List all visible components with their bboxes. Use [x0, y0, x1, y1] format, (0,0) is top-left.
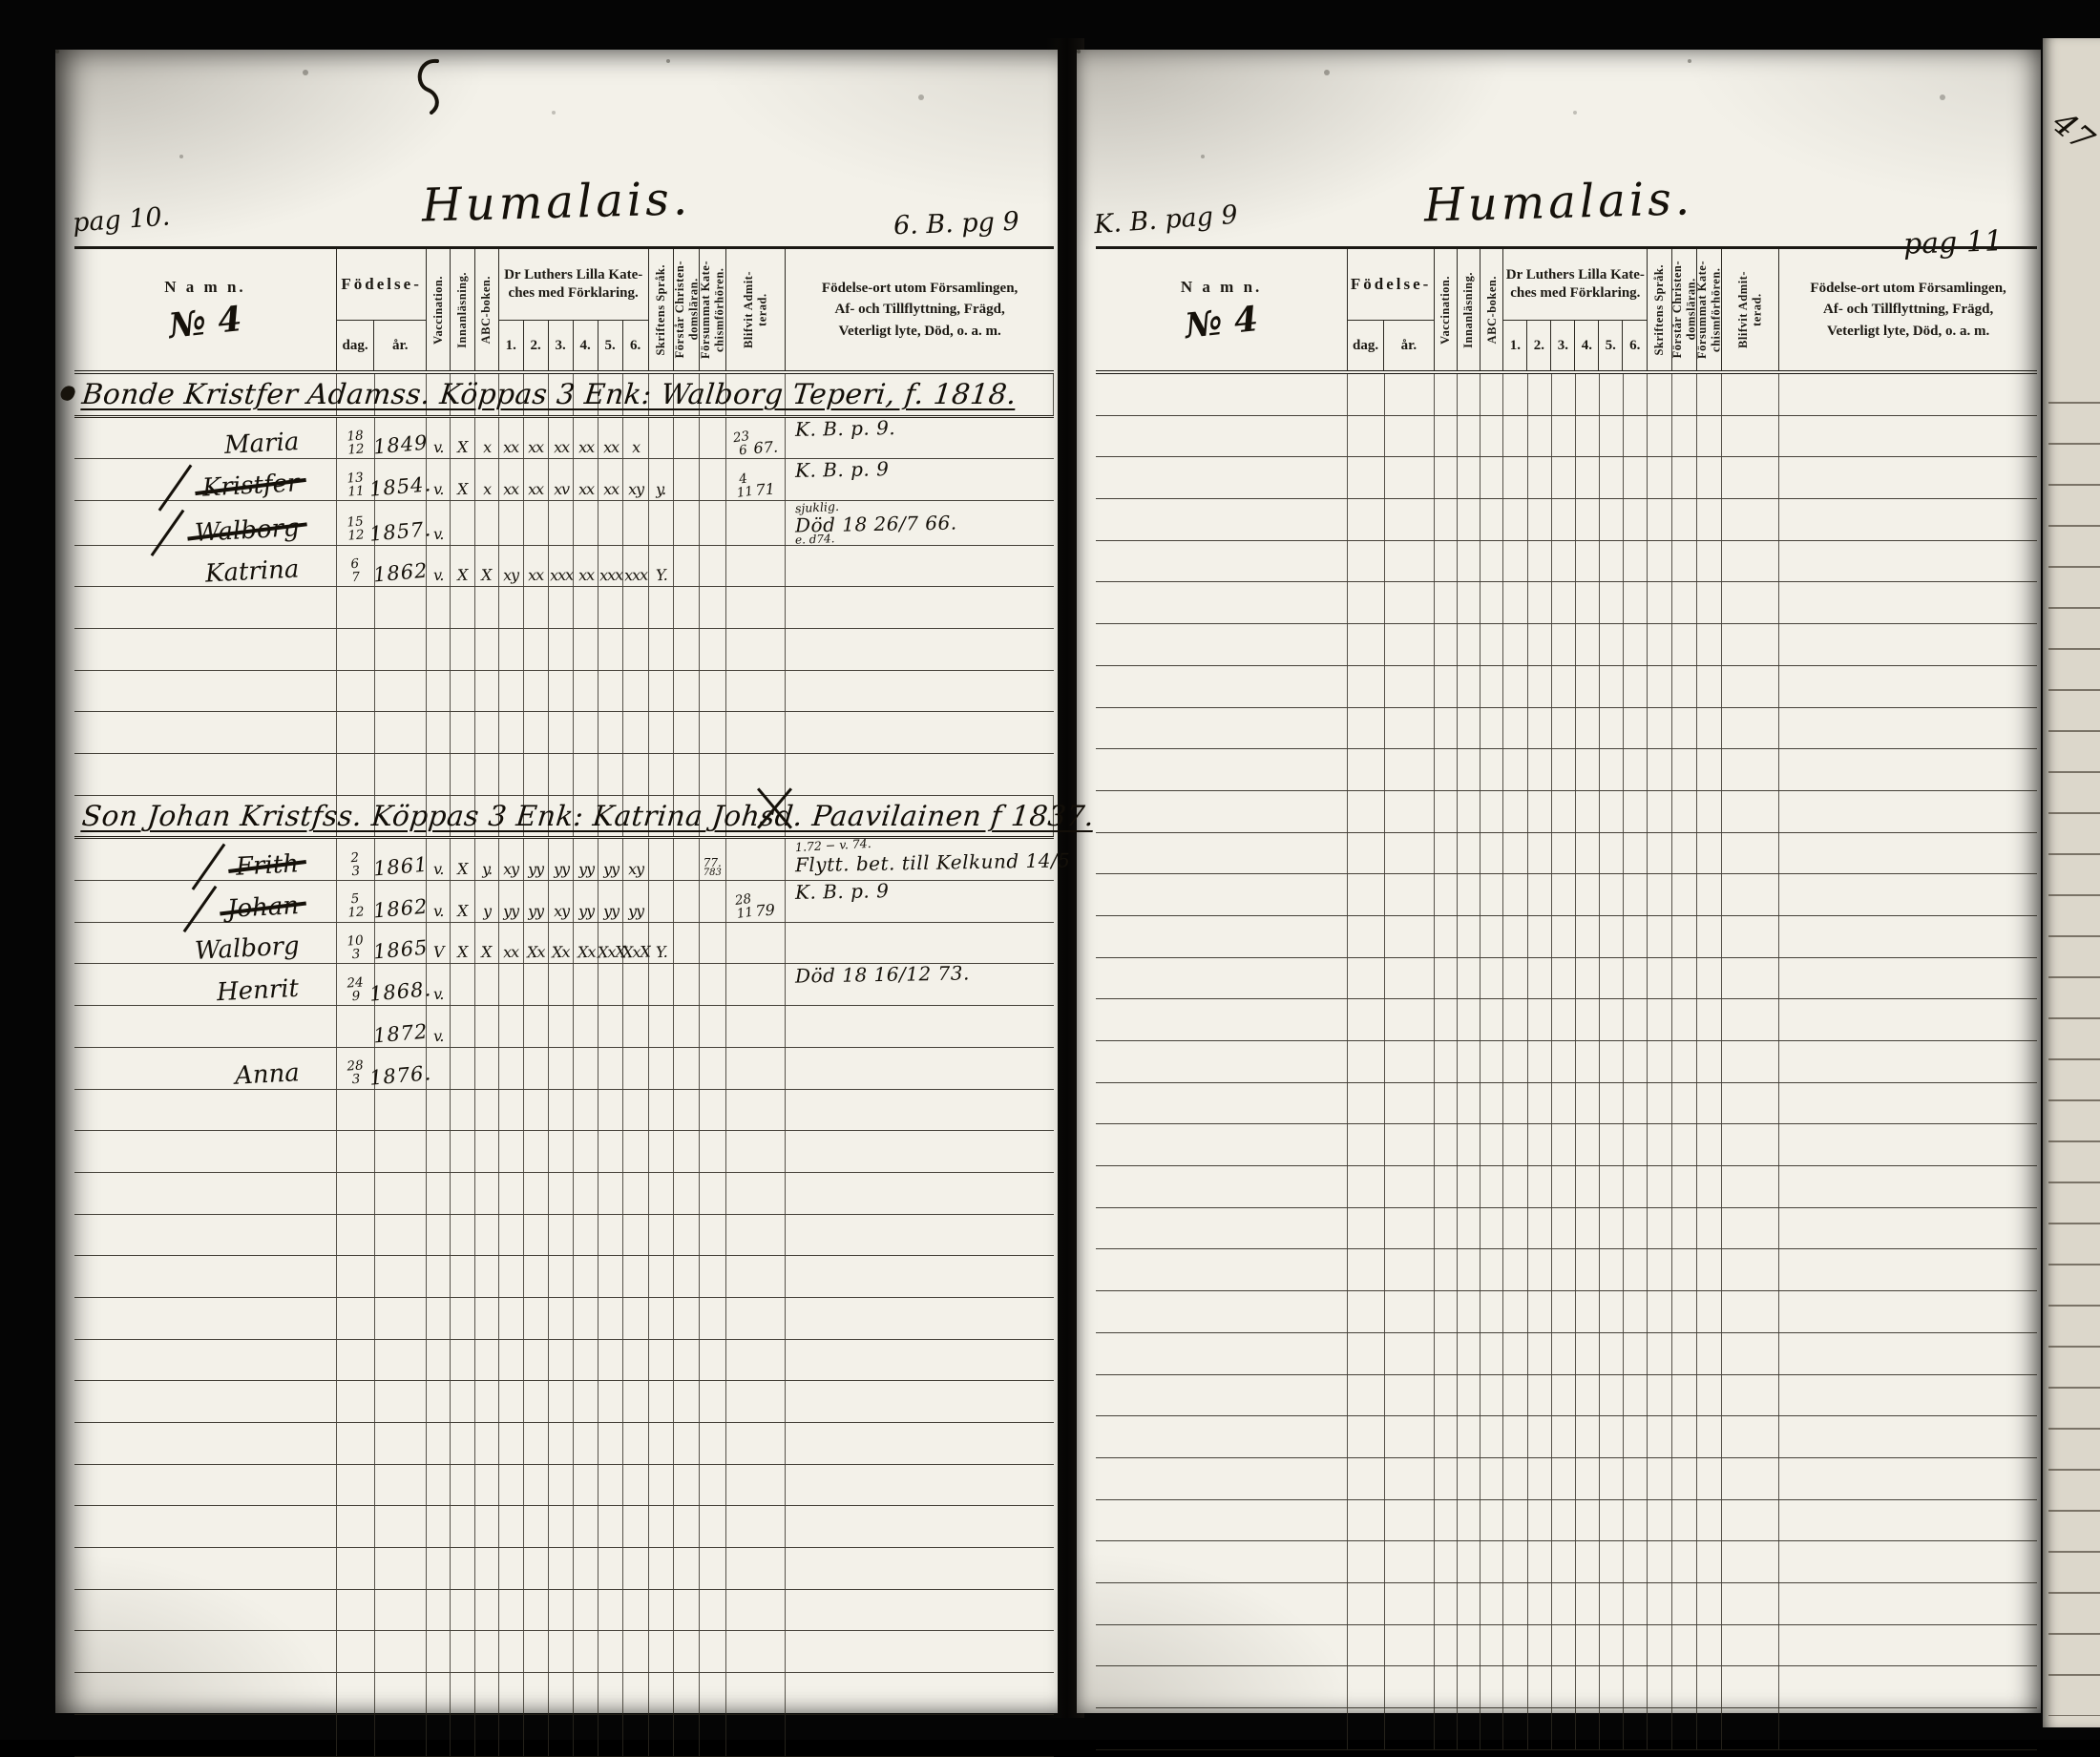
cell-notes [1779, 1583, 2037, 1624]
cell-forsummat [700, 712, 726, 753]
cell-katekes-1 [499, 1131, 524, 1172]
dag-label: dag. [337, 321, 374, 370]
cell-birth-year [375, 754, 427, 795]
cell-birth-day [1348, 1166, 1384, 1207]
cell-katekes-5 [1600, 708, 1624, 749]
cell-katekes-1 [499, 1381, 524, 1422]
cell-name [74, 1673, 337, 1714]
cell-name: Walborg [74, 501, 337, 545]
cell-innanlasning [1458, 541, 1480, 582]
table-row: 1872v. [74, 1006, 1054, 1048]
cell-katekes-1 [499, 1298, 524, 1339]
cell-name [74, 1215, 337, 1256]
cell-abc-boken [475, 1256, 499, 1297]
cell-abc-boken [1480, 1500, 1503, 1541]
cell-skriftens-sprak [1648, 1541, 1672, 1582]
table-row [74, 1131, 1054, 1173]
cell-katekes-3 [549, 671, 574, 712]
cell-katekes-3 [549, 1423, 574, 1464]
cell-birth-year [1385, 1291, 1435, 1332]
cell-vaccination [427, 1673, 451, 1714]
cell-katekes-5 [598, 629, 623, 670]
cell-katekes-1 [1503, 1458, 1527, 1499]
cell-katekes-1 [1503, 1666, 1527, 1707]
abc-mark: y [482, 902, 491, 920]
cell-katekes-3 [1552, 624, 1576, 665]
cell-skriftens-sprak [1648, 666, 1672, 707]
cell-notes [786, 923, 1054, 964]
cell-katekes-2 [1528, 708, 1552, 749]
cell-katekes-2 [1528, 374, 1552, 415]
cell-katekes-1 [499, 629, 524, 670]
cell-skriftens-sprak [1648, 1375, 1672, 1416]
cell-innanlasning [451, 1340, 474, 1381]
cell-vaccination [427, 1173, 451, 1214]
cell-abc-boken [1480, 1124, 1503, 1165]
cell-katekes-3 [1552, 416, 1576, 457]
header-blifvit-admitterad: Blifvit Admit- terad. [726, 249, 787, 370]
cell-notes [1779, 1083, 2037, 1124]
cell-katekes-1 [499, 964, 524, 1005]
cell-katekes-2 [1528, 833, 1552, 874]
cell-skriftens-sprak [1648, 874, 1672, 915]
cell-birth-day [1348, 1333, 1384, 1374]
cell-innanlasning [1458, 1500, 1480, 1541]
cell-katekes-1 [1503, 916, 1527, 957]
cell-name [1096, 541, 1348, 582]
cell-katekes-2 [1528, 1375, 1552, 1416]
cell-katekes-3 [549, 1590, 574, 1631]
note-text: K. B. p. 9 [795, 460, 890, 481]
cell-katekes-3 [1552, 374, 1576, 415]
cell-abc-boken [475, 1548, 499, 1589]
table-row [74, 754, 1054, 796]
cell-katekes-1 [1503, 1333, 1527, 1374]
cell-katekes-2 [524, 1131, 549, 1172]
cell-birth-day [337, 1465, 375, 1506]
cell-name [1096, 1583, 1348, 1624]
cell-katekes-4 [574, 1506, 598, 1547]
cell-admitterad [1722, 999, 1779, 1040]
cell-admitterad [726, 839, 787, 880]
cell-katekes-6 [623, 587, 648, 628]
cell-birth-year [1385, 874, 1435, 915]
table-row [1096, 708, 2037, 750]
cell-katekes-4 [574, 1465, 598, 1506]
cell-katekes-5 [1600, 374, 1624, 415]
cell-notes [1779, 1041, 2037, 1082]
cell-forsummat [700, 1131, 726, 1172]
cell-vaccination: v. [427, 839, 451, 880]
cell-katekes-1 [1503, 958, 1527, 999]
table-row [1096, 499, 2037, 541]
cell-forsummat [700, 1173, 726, 1214]
cell-forstar [674, 1173, 700, 1214]
cell-innanlasning [1458, 1041, 1480, 1082]
cell-abc-boken [475, 1048, 499, 1089]
cell-katekes-2 [524, 1256, 549, 1297]
cell-admitterad [726, 1548, 787, 1589]
cell-name: Katrina [74, 546, 337, 587]
cell-katekes-2 [524, 964, 549, 1005]
cell-katekes-6 [623, 1590, 648, 1631]
cell-name [1096, 791, 1348, 832]
admitted-date: 41171 [735, 471, 775, 499]
cell-admitterad [726, 587, 787, 628]
table-row [1096, 1041, 2037, 1083]
katekes-mark: Xx [577, 943, 595, 962]
cell-skriftens-sprak [649, 501, 675, 545]
cell-forstar [1672, 1666, 1697, 1707]
cell-abc-boken: x [475, 418, 499, 459]
cell-vaccination [1435, 582, 1458, 623]
header-vaccination: Vaccination. [427, 249, 451, 370]
cell-katekes-3 [549, 712, 574, 753]
cell-birth-year [1385, 1041, 1435, 1082]
cell-katekes-1: xx [499, 459, 524, 500]
cell-katekes-3 [549, 1506, 574, 1547]
cell-innanlasning [1458, 1583, 1480, 1624]
cell-name [1096, 1416, 1348, 1457]
cell-birth-day [1348, 791, 1384, 832]
cell-forstar [674, 1631, 700, 1672]
cell-katekes-6: xxx [623, 546, 648, 587]
entry-name: Johan [227, 893, 300, 922]
cell-vaccination [427, 1215, 451, 1256]
cell-vaccination [427, 629, 451, 670]
cell-abc-boken [475, 1631, 499, 1672]
cell-skriftens-sprak [1648, 999, 1672, 1040]
admitted-date: 23667. [733, 429, 778, 458]
cell-notes [1779, 1708, 2037, 1740]
table-row [74, 1673, 1054, 1715]
cell-katekes-1 [1503, 874, 1527, 915]
katekes-mark: xv [553, 480, 569, 499]
cell-forstar [674, 1256, 700, 1297]
cell-forstar [674, 1381, 700, 1422]
cell-katekes-6 [1624, 1625, 1648, 1666]
cell-vaccination [427, 1298, 451, 1339]
katekes-mark: Xx [527, 943, 545, 962]
cell-birth-year [375, 1215, 427, 1256]
cell-notes [786, 587, 1054, 628]
cell-katekes-1 [499, 1423, 524, 1464]
table-row [1096, 1083, 2037, 1125]
cell-innanlasning [1458, 1083, 1480, 1124]
cell-katekes-6: XxX [623, 923, 648, 964]
dag-label: dag. [1348, 321, 1384, 370]
cell-katekes-1 [499, 1048, 524, 1089]
table-row [74, 1298, 1054, 1340]
register-page: pag 10. Humalais. 6. B. pg 9 N a m n. № … [55, 50, 1058, 1713]
cell-katekes-1 [1503, 791, 1527, 832]
cell-katekes-5 [598, 1340, 623, 1381]
cell-katekes-4 [1576, 1041, 1600, 1082]
table-row [1096, 1375, 2037, 1417]
katekes-mark: xx [577, 480, 594, 499]
cell-skriftens-sprak [649, 1590, 675, 1631]
cell-admitterad [1722, 1333, 1779, 1374]
cell-forstar [674, 1215, 700, 1256]
cell-innanlasning [451, 1631, 474, 1672]
cell-birth-day [1348, 1541, 1384, 1582]
birth-year: 1862 [372, 559, 429, 587]
cell-birth-year [375, 1673, 427, 1714]
cell-katekes-3 [1552, 791, 1576, 832]
cell-notes [1779, 499, 2037, 540]
cell-katekes-3 [549, 501, 574, 545]
cell-katekes-1 [1503, 1208, 1527, 1249]
cell-skriftens-sprak [649, 629, 675, 670]
cell-innanlasning [1458, 1166, 1480, 1207]
cell-katekes-1 [1503, 666, 1527, 707]
cell-katekes-6 [623, 629, 648, 670]
cell-skriftens-sprak [649, 671, 675, 712]
cell-birth-year [375, 1423, 427, 1464]
cell-katekes-3 [1552, 1041, 1576, 1082]
cell-katekes-6 [1624, 499, 1648, 540]
cell-forsummat [1697, 1083, 1723, 1124]
cell-katekes-3 [549, 1131, 574, 1172]
cell-abc-boken [1480, 708, 1503, 749]
cell-admitterad [1722, 582, 1779, 623]
cell-forsummat [1697, 708, 1723, 749]
cell-forsummat [700, 964, 726, 1005]
cell-vaccination [427, 671, 451, 712]
cell-katekes-6 [1624, 1416, 1648, 1457]
cell-katekes-4: xx [574, 418, 598, 459]
cell-birth-day [337, 1173, 375, 1214]
cell-katekes-6 [1624, 666, 1648, 707]
table-header: N a m n. № 4 Födelse- dag. år. Vaccinati… [1096, 246, 2037, 374]
table-row [1096, 1166, 2037, 1208]
cell-katekes-2 [524, 587, 549, 628]
cell-innanlasning [451, 671, 474, 712]
cell-katekes-5 [1600, 833, 1624, 874]
cell-katekes-3: xxx [549, 546, 574, 587]
cell-birth-year [375, 629, 427, 670]
cell-innanlasning [451, 629, 474, 670]
cell-katekes-4 [1576, 791, 1600, 832]
cell-katekes-4 [1576, 582, 1600, 623]
vaccination-mark: v. [433, 1027, 444, 1045]
cell-name: Kristfer [74, 459, 337, 500]
cell-admitterad [726, 1590, 787, 1631]
cell-katekes-2 [1528, 1083, 1552, 1124]
cell-birth-year [375, 1590, 427, 1631]
cell-vaccination [427, 1381, 451, 1422]
cell-katekes-2 [1528, 1208, 1552, 1249]
cell-katekes-6 [1624, 1124, 1648, 1165]
cell-notes [786, 1381, 1054, 1422]
cell-katekes-3 [1552, 1541, 1576, 1582]
cell-katekes-6 [1624, 1458, 1648, 1499]
cell-forsummat [700, 1590, 726, 1631]
cell-name [74, 1298, 337, 1339]
cell-vaccination [427, 1548, 451, 1589]
birth-year: 1857. [368, 517, 432, 546]
cell-katekes-3 [549, 587, 574, 628]
cell-forstar [1672, 708, 1697, 749]
cell-birth-year [1385, 624, 1435, 665]
cell-notes [786, 1423, 1054, 1464]
cell-katekes-4 [574, 1256, 598, 1297]
cell-katekes-6: yy [623, 881, 648, 922]
cell-admitterad [1722, 499, 1779, 540]
page-annotation-right: 6. B. pg 9 [893, 207, 1020, 241]
cell-forstar [1672, 874, 1697, 915]
cell-notes [786, 1215, 1054, 1256]
cell-vaccination [427, 712, 451, 753]
cell-abc-boken [475, 1173, 499, 1214]
cell-vaccination [1435, 1333, 1458, 1374]
cell-birth-day [1348, 999, 1384, 1040]
skriftens-mark: y. [656, 480, 666, 498]
katekes-mark: yy [503, 901, 519, 920]
cell-forsummat [700, 923, 726, 964]
table-row [1096, 582, 2037, 624]
cell-forstar [674, 964, 700, 1005]
cell-katekes-5: yy [598, 839, 623, 880]
cell-admitterad [1722, 1625, 1779, 1666]
cell-vaccination [1435, 1416, 1458, 1457]
cell-katekes-4 [1576, 1333, 1600, 1374]
cell-notes [1779, 374, 2037, 415]
cell-innanlasning [1458, 374, 1480, 415]
cell-notes [1779, 1458, 2037, 1499]
cell-innanlasning [1458, 624, 1480, 665]
register-page: K. B. pag 9 Humalais. pag 11 N a m n. № … [1077, 50, 2041, 1713]
cell-katekes-2 [1528, 1166, 1552, 1207]
cell-innanlasning [451, 1298, 474, 1339]
cell-admitterad [1722, 1083, 1779, 1124]
cell-forsummat [1697, 541, 1723, 582]
cell-katekes-6 [623, 1006, 648, 1047]
cell-katekes-6 [1624, 999, 1648, 1040]
cell-innanlasning: X [451, 546, 474, 587]
cell-notes [1779, 999, 2037, 1040]
entry-name: Walborg [194, 515, 300, 546]
cell-notes [1779, 958, 2037, 999]
cell-katekes-6 [1624, 374, 1648, 415]
cell-birth-year [1385, 708, 1435, 749]
cell-katekes-4 [1576, 1666, 1600, 1707]
cell-notes [1779, 1500, 2037, 1541]
cell-notes [786, 1048, 1054, 1089]
header-namn: N a m n. № 4 [1096, 249, 1348, 370]
cell-forsummat [700, 1256, 726, 1297]
cell-notes [786, 1340, 1054, 1381]
cell-vaccination [1435, 1625, 1458, 1666]
cell-skriftens-sprak [1648, 624, 1672, 665]
cell-katekes-4 [1576, 416, 1600, 457]
cell-birth-day [1348, 833, 1384, 874]
table-row [1096, 416, 2037, 458]
table-row [1096, 1291, 2037, 1333]
cell-forstar [1672, 541, 1697, 582]
header-abc-boken: ABC-boken. [1480, 249, 1503, 370]
cell-abc-boken: y. [475, 839, 499, 880]
cell-admitterad: 41171 [726, 459, 787, 500]
cell-katekes-2 [524, 754, 549, 795]
next-page-edge: 47 [2043, 38, 2100, 1727]
cell-birth-day [1348, 1458, 1384, 1499]
cell-name [1096, 666, 1348, 707]
cell-katekes-5 [598, 1048, 623, 1089]
cell-notes [1779, 1666, 2037, 1707]
cell-katekes-6 [1624, 457, 1648, 498]
vaccination-mark: v. [433, 480, 444, 498]
vaccination-mark: v. [433, 860, 444, 878]
cell-forsummat [700, 418, 726, 459]
cell-katekes-5 [598, 712, 623, 753]
cell-katekes-2 [524, 1465, 549, 1506]
cell-forstar [1672, 1291, 1697, 1332]
cell-katekes-5 [1600, 1375, 1624, 1416]
cell-vaccination [427, 1423, 451, 1464]
cell-katekes-5 [1600, 416, 1624, 457]
vaccination-mark: V [433, 943, 444, 961]
ink-speckles [1077, 50, 1081, 53]
cell-birth-year [1385, 541, 1435, 582]
cell-birth-year [1385, 958, 1435, 999]
cell-katekes-5 [1600, 1541, 1624, 1582]
cell-birth-day [1348, 1083, 1384, 1124]
header-abc-boken: ABC-boken. [475, 249, 499, 370]
cell-katekes-2 [524, 1215, 549, 1256]
cell-katekes-1 [1503, 1500, 1527, 1541]
cell-admitterad [1722, 749, 1779, 790]
cell-notes [786, 1506, 1054, 1547]
cell-katekes-1 [499, 1215, 524, 1256]
cell-forsummat [700, 671, 726, 712]
cell-katekes-2 [1528, 1249, 1552, 1290]
cell-forstar [674, 671, 700, 712]
cell-katekes-3 [1552, 1291, 1576, 1332]
header-notes: Födelse-ort utom Församlingen, Af- och T… [786, 249, 1054, 370]
cell-admitterad [726, 1131, 787, 1172]
cell-admitterad [726, 1423, 787, 1464]
table-row: Walborg15121857.v.sjuklig.Död 18 26/7 66… [74, 501, 1054, 546]
cell-forsummat [700, 1715, 726, 1740]
cell-katekes-5 [598, 964, 623, 1005]
katekes-mark: XxX [621, 943, 649, 962]
cell-katekes-4 [574, 501, 598, 545]
cell-katekes-3 [549, 1340, 574, 1381]
cell-abc-boken [475, 964, 499, 1005]
cell-abc-boken [1480, 374, 1503, 415]
cell-birth-day [337, 1631, 375, 1672]
cell-innanlasning: X [451, 418, 474, 459]
cell-katekes-5 [1600, 874, 1624, 915]
table-row [74, 587, 1054, 629]
cell-birth-year [375, 1506, 427, 1547]
table-row [74, 1215, 1054, 1257]
table-row [74, 1465, 1054, 1507]
cell-birth-day [1348, 1416, 1384, 1457]
cell-birth-day [337, 1298, 375, 1339]
cell-vaccination [1435, 874, 1458, 915]
cell-forstar [674, 881, 700, 922]
cell-abc-boken [475, 1006, 499, 1047]
cell-abc-boken [1480, 791, 1503, 832]
header-forstar-christendomslaran: Förstår Christen- domsläran. [1672, 249, 1697, 370]
cell-birth-year: 1862 [375, 546, 427, 587]
cell-katekes-2 [524, 1173, 549, 1214]
cell-katekes-6 [1624, 1083, 1648, 1124]
cell-katekes-5 [1600, 1166, 1624, 1207]
cell-admitterad [726, 1715, 787, 1740]
